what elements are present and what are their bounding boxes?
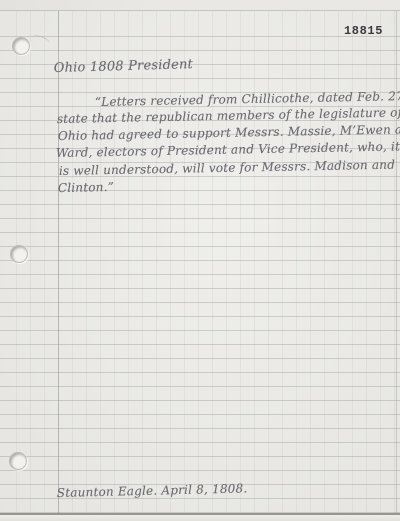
- body-line: Clinton.”: [58, 180, 114, 195]
- punch-hole-bottom: [9, 452, 27, 470]
- page-right-edge: [396, 11, 397, 514]
- page-top-edge: [0, 0, 400, 11]
- punch-hole-top: [12, 37, 30, 55]
- ruled-grid-background: [0, 11, 400, 513]
- scanned-note-page: 18815 Ohio 1808 President “Letters recei…: [0, 0, 400, 521]
- margin-rule-line: [58, 11, 59, 513]
- page-bottom-edge: [0, 515, 400, 521]
- punch-hole-middle: [10, 245, 28, 263]
- catalog-number-stamp: 18815: [344, 24, 383, 38]
